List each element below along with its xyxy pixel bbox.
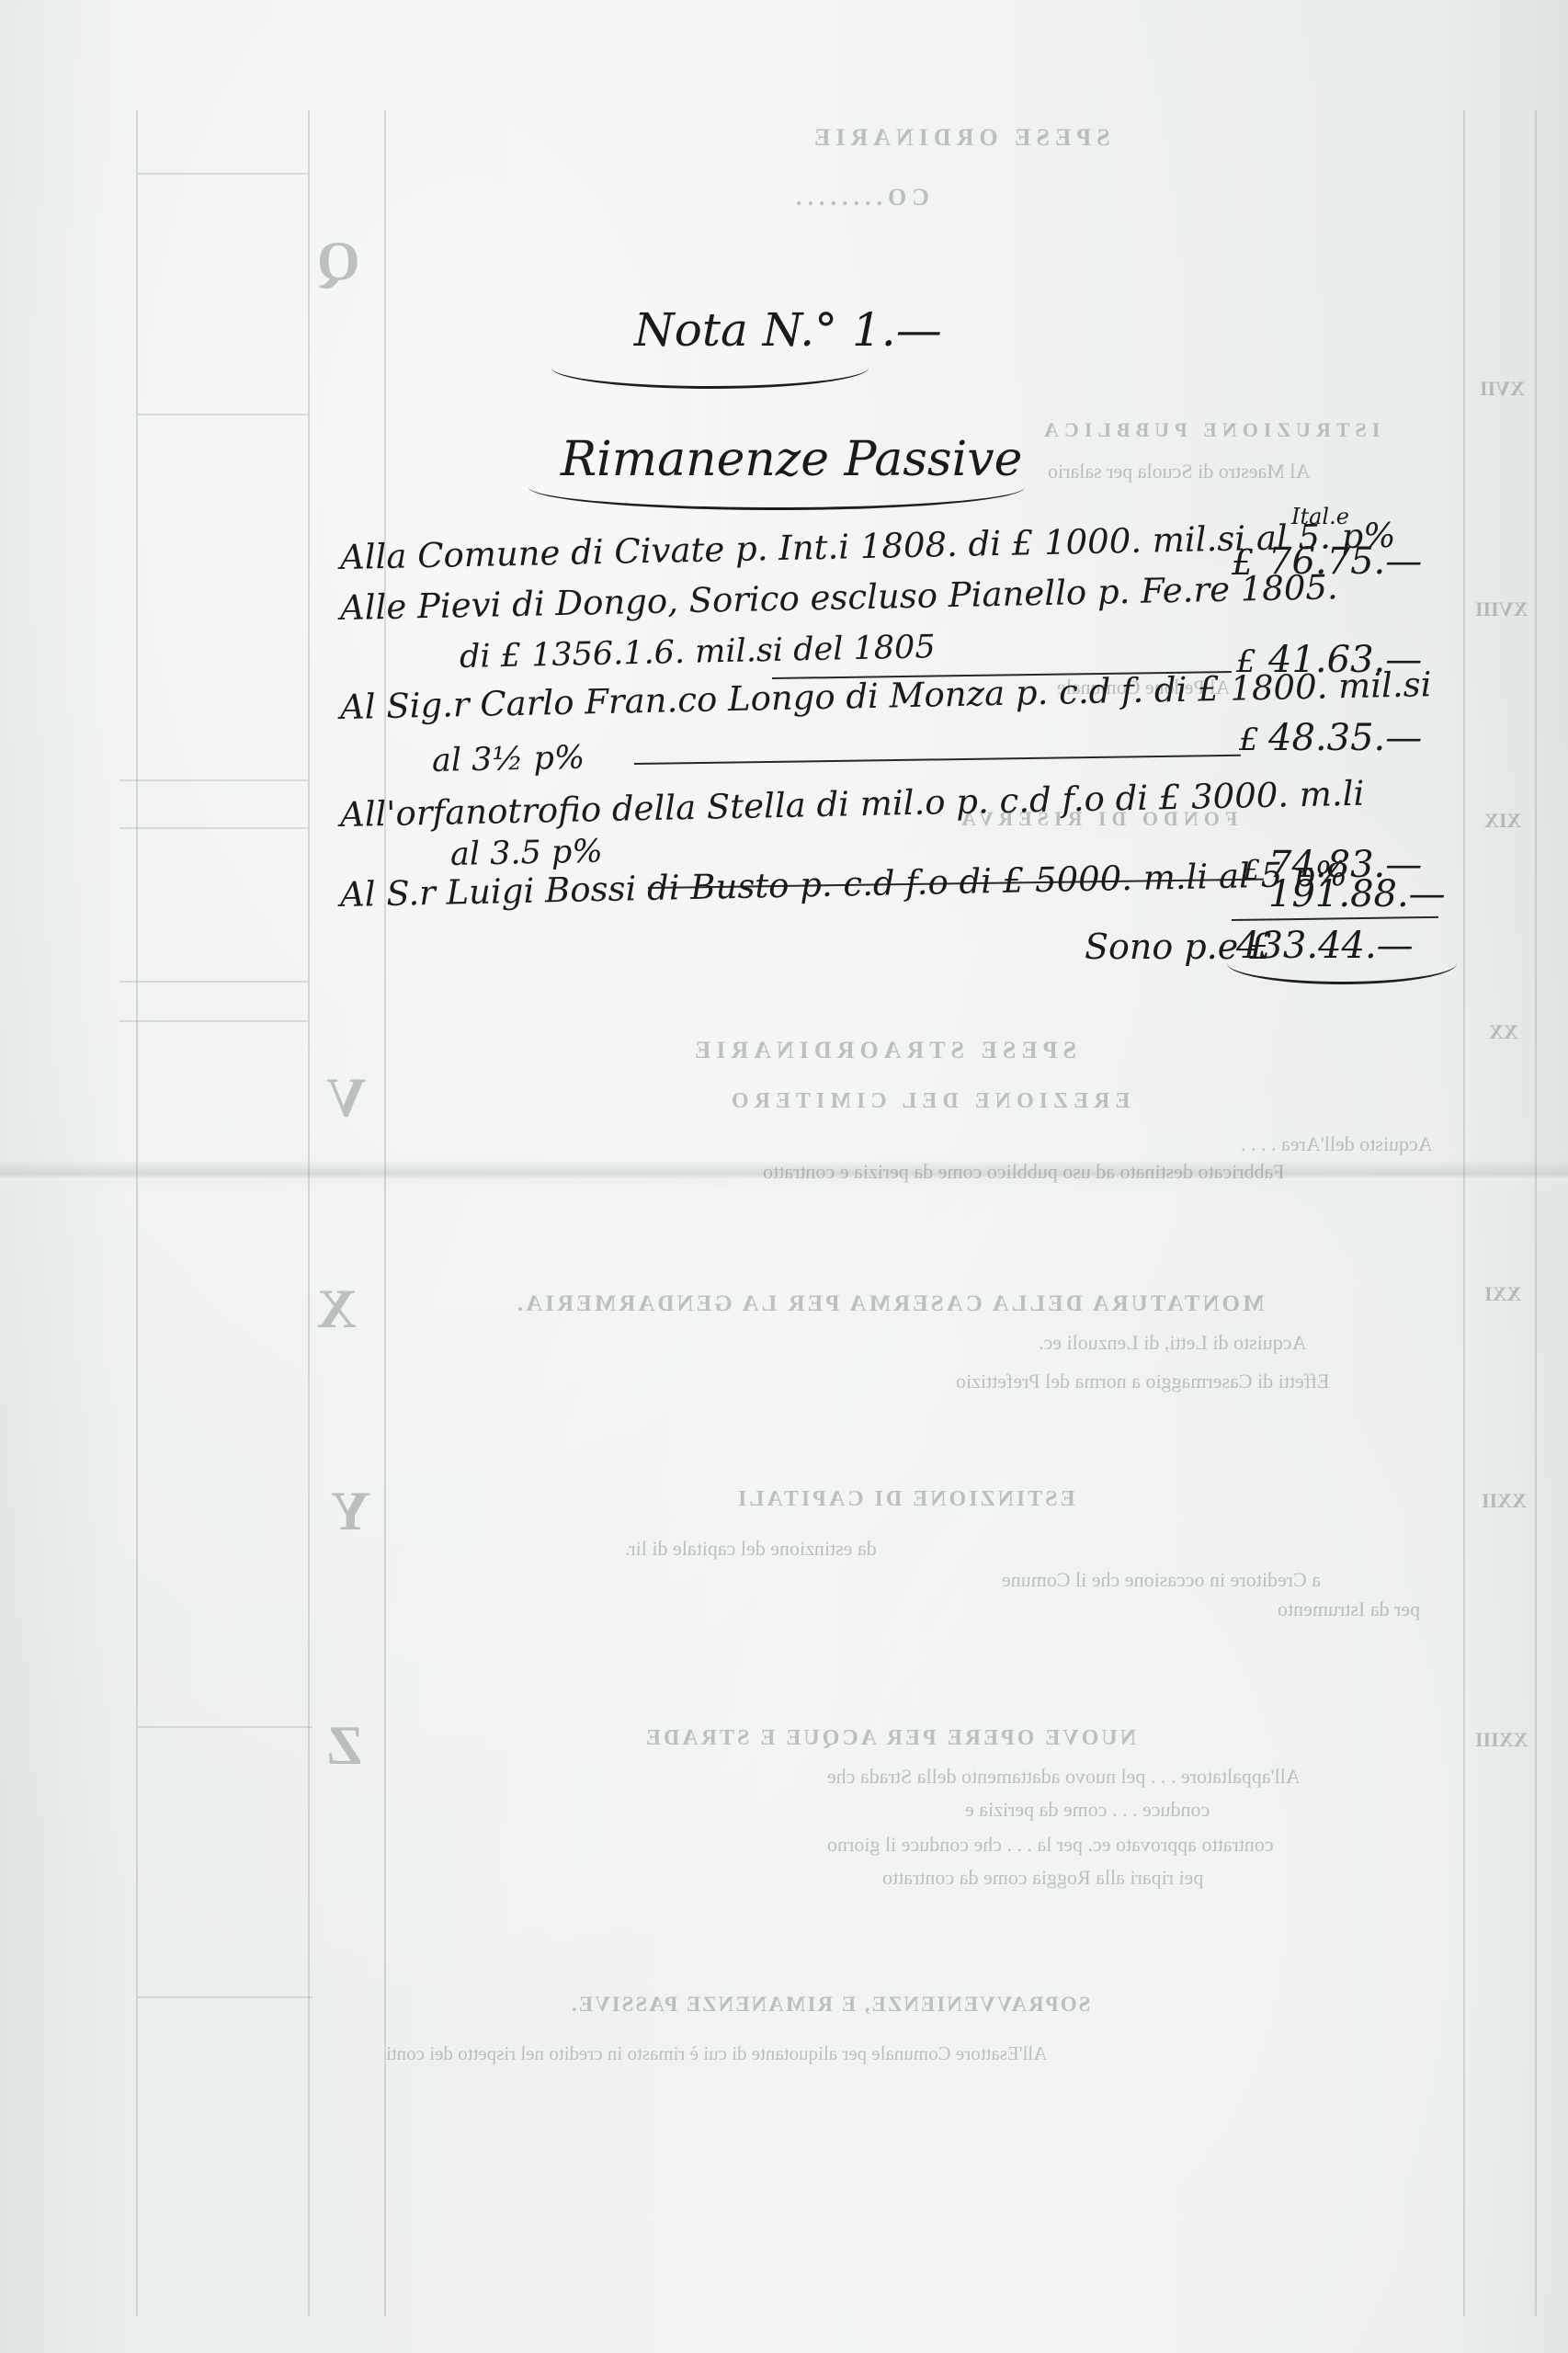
entry-amount: 48.35.—: [1268, 717, 1422, 759]
bleed-section-letter: Z: [326, 1714, 363, 1778]
bleed-heading: ISTRUZIONE PUBBLICA: [1039, 418, 1380, 442]
bleed-heading: SPESE STRAORDINARIE: [689, 1037, 1076, 1064]
bleed-line: Effetti di Casermaggio a norma del Prefe…: [956, 1370, 1329, 1393]
ruling-line: [138, 173, 308, 175]
ruling-line: [138, 414, 308, 415]
bleed-line: da estinzione del capitale di lir.: [625, 1537, 877, 1561]
ruling-line: [308, 110, 310, 2316]
bleed-heading: MONTATURA DELLA CASERMA PER LA GENDARMER…: [515, 1291, 1265, 1317]
bleed-line: All'Esattore Comunale per aliquotante di…: [386, 2042, 1047, 2065]
bleed-line: pei ripari alla Roggia come da contratto: [882, 1866, 1203, 1890]
ruling-line: [136, 110, 138, 2316]
note-subtitle: Rimanenze Passive: [561, 432, 1022, 487]
ruling-line: [138, 1726, 312, 1728]
bleed-section-letter: Y: [331, 1480, 370, 1543]
bleed-heading: SOPRAVVENIENZE, E RIMANENZE PASSIVE.: [570, 1993, 1090, 2017]
total-amount: 433.44.—: [1236, 925, 1414, 967]
entry-line: al 3½ p%: [432, 740, 585, 779]
bleed-line: a Creditore in occasione che il Comune: [1002, 1568, 1321, 1592]
bleed-section-letter: V: [326, 1066, 366, 1130]
bleed-roman-numeral: XXI: [1484, 1282, 1521, 1306]
bleed-roman-numeral: XX: [1489, 1020, 1518, 1044]
ruling-line: [119, 827, 308, 829]
ruling-line: [119, 1020, 308, 1022]
entry-amount: 191.88.—: [1268, 873, 1446, 915]
bleed-heading: SPESE ORDINARIE: [809, 124, 1110, 152]
bleed-heading: CO........: [790, 184, 929, 211]
bleed-roman-numeral: XXII: [1482, 1489, 1527, 1513]
bleed-line: per da Istrumento: [1278, 1597, 1420, 1621]
ruling-line: [138, 1996, 312, 1998]
bleed-line: Fabbricato destinato ad uso pubblico com…: [763, 1160, 1285, 1184]
bleed-heading: NUOVE OPERE PER ACQUE E STRADE: [643, 1726, 1136, 1751]
ruling-line: [384, 110, 386, 2316]
ruling-line: [1463, 110, 1465, 2316]
bleed-roman-numeral: XIX: [1484, 809, 1521, 833]
bleed-heading: EREZIONE DEL CIMITERO: [726, 1089, 1130, 1114]
bleed-line: Al Maestro di Scuola per salario: [1048, 460, 1310, 483]
bleed-line: Acquisto dell'Area . . . .: [1241, 1132, 1433, 1156]
ruling-line: [1535, 110, 1537, 2316]
bleed-section-letter: Q: [317, 230, 360, 293]
bleed-line: Acquisto di Letti, di Lenzuoli ec.: [1039, 1331, 1306, 1355]
ruling-line: [119, 779, 308, 781]
bleed-line: All'appaltatore . . . pel nuovo adattame…: [827, 1765, 1301, 1789]
bleed-roman-numeral: XVIII: [1475, 597, 1528, 621]
note-title: Nota N.° 1.—: [634, 303, 942, 357]
bleed-heading: ESTINZIONE DI CAPITALI: [735, 1487, 1075, 1512]
currency-symbol: £: [1239, 722, 1259, 758]
bleed-roman-numeral: XVII: [1480, 377, 1525, 401]
bleed-roman-numeral: XXIII: [1475, 1728, 1528, 1752]
ruling-line: [119, 981, 308, 983]
bleed-line: conduce . . . come da perizia e: [965, 1798, 1210, 1822]
entry-line: al 3.5 p%: [450, 834, 603, 873]
bleed-line: contratto approvato ec. per la . . . che…: [827, 1833, 1274, 1857]
bleed-section-letter: X: [317, 1278, 357, 1341]
